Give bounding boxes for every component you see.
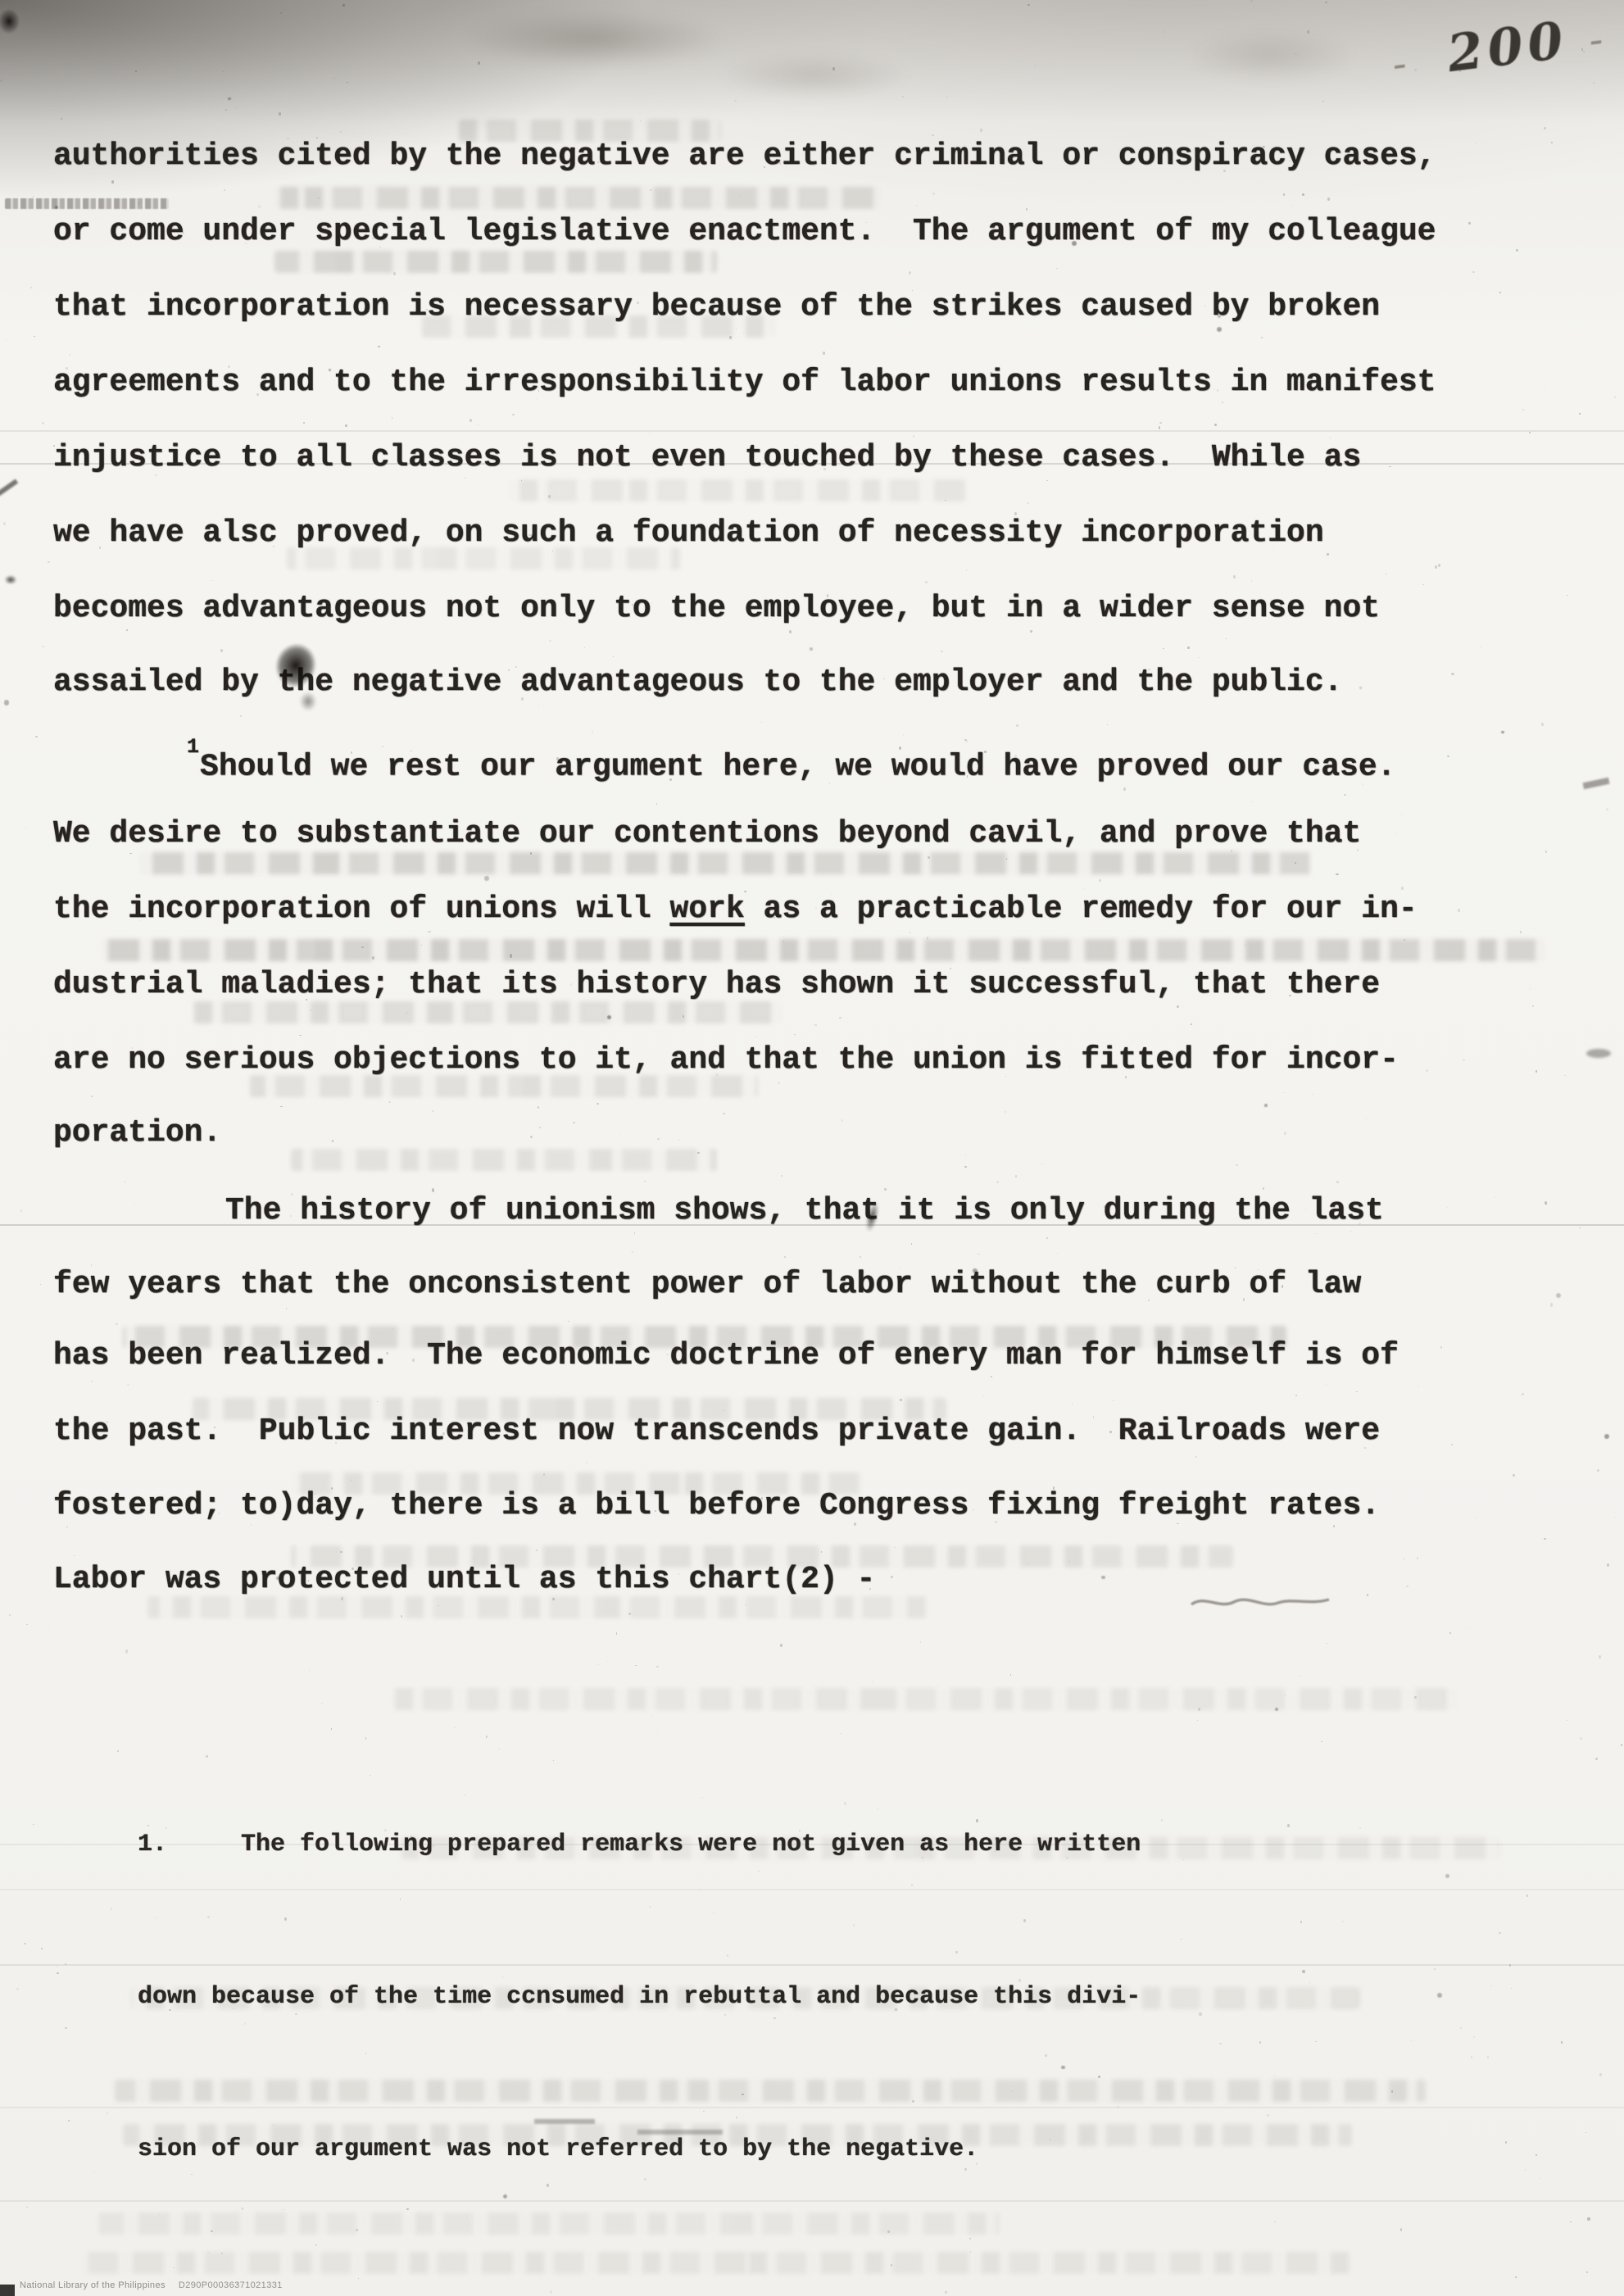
typewritten-line: the past. Public interest now transcends… <box>53 1413 1380 1450</box>
document-scan: - 200 - authorities cited by the negativ… <box>0 0 1624 2296</box>
footnote-reference-mark: 1 <box>187 735 199 759</box>
typewritten-line: Labor was protected until as this chart(… <box>53 1561 875 1599</box>
pencil-dash-mark <box>637 2130 723 2135</box>
typewritten-line: are no serious objections to it, and tha… <box>53 1041 1399 1079</box>
typewritten-line: assailed by the negative advantageous to… <box>53 664 1342 701</box>
margin-mark <box>1586 1049 1611 1058</box>
typewritten-line: or come under special legislative enactm… <box>53 213 1436 251</box>
typewritten-line: 1Should we rest our argument here, we wo… <box>187 740 1395 787</box>
underlined-word: work <box>670 892 745 927</box>
typewritten-line: dustrial maladies; that its history has … <box>53 966 1380 1004</box>
typewritten-line: authorities cited by the negative are ei… <box>53 138 1436 175</box>
typewritten-line: has been realized. The economic doctrine… <box>53 1337 1399 1375</box>
typewritten-line: becomes advantageous not only to the emp… <box>53 590 1380 628</box>
library-watermark: National Library of the PhilippinesD290P… <box>20 2280 283 2290</box>
typewritten-line: We desire to substantiate our contention… <box>53 815 1361 853</box>
typewritten-line: injustice to all classes is not even tou… <box>53 439 1361 477</box>
typewritten-line: the incorporation of unions will work as… <box>53 891 1418 928</box>
footnote: 1. The following prepared remarks were n… <box>138 1717 1141 2276</box>
typewritten-line: poration. <box>53 1114 221 1152</box>
library-watermark-name: National Library of the Philippines <box>20 2280 166 2290</box>
ink-smudge <box>297 688 320 715</box>
typewritten-line: that incorporation is necessary because … <box>53 288 1380 326</box>
scan-edge-chip <box>0 2285 15 2296</box>
typewritten-line: The history of unionism shows, that it i… <box>225 1192 1384 1230</box>
pencil-squiggle-mark <box>1186 1588 1336 1616</box>
pencil-dash-mark <box>534 2119 595 2124</box>
footnote-line: down because of the time ccnsumed in reb… <box>138 1972 1141 2022</box>
typewritten-line: fostered; to)day, there is a bill before… <box>53 1487 1380 1525</box>
typewritten-line: few years that the onconsistent power of… <box>53 1266 1361 1304</box>
library-watermark-code: D290P00036371021331 <box>179 2280 283 2290</box>
typewritten-line: agreements and to the irresponsibility o… <box>53 364 1436 402</box>
typewritten-line: we have alsc proved, on such a foundatio… <box>53 515 1324 552</box>
margin-mark <box>2 574 19 586</box>
footnote-line: 1. The following prepared remarks were n… <box>138 1819 1141 1870</box>
